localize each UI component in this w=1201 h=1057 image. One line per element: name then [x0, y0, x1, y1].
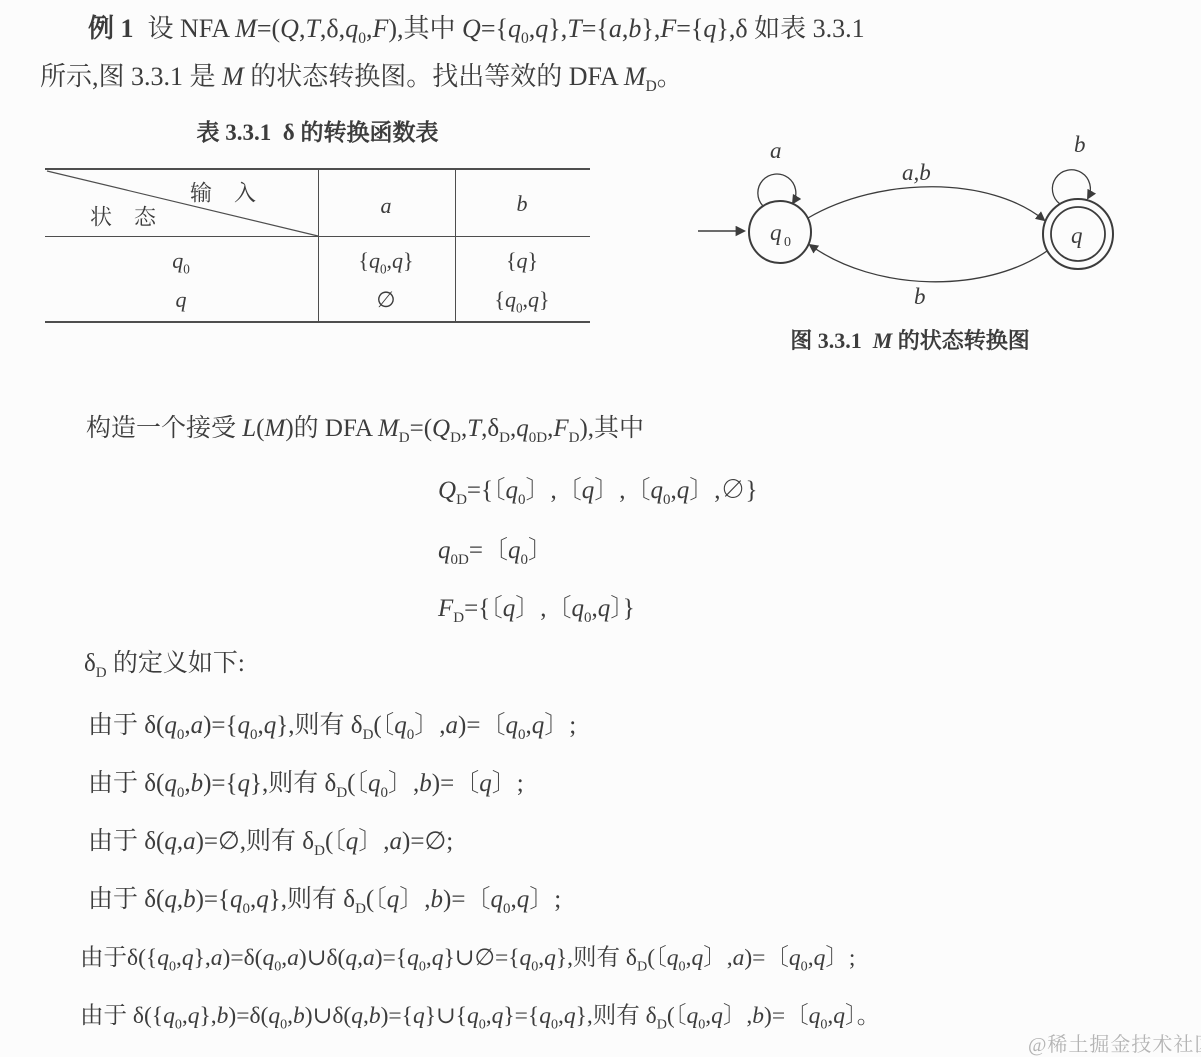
textbook-page: 例 1设 NFA M=(Q,T,δ,q0,F),其中 Q={q0,q},T={a… — [0, 0, 1201, 1057]
cell-q-b: {q0,q} — [494, 287, 549, 313]
corner-label-input: 输 入 — [190, 177, 256, 208]
table-diagonal-line — [45, 168, 320, 238]
self-loop-q-label: b — [1074, 132, 1086, 157]
derivation-line-2: 由于 δ(q0,b)={q},则有 δD(〔q0〕,b)=〔q〕; — [88, 763, 524, 799]
derivation-line-5: 由于δ({q0,q},a)=δ(q0,a)∪δ(q,a)={q0,q}∪∅={q… — [80, 938, 855, 972]
equation-q0d: q0D=〔q0〕 — [438, 530, 553, 566]
equation-fd: FD={〔q〕,〔q0,q〕} — [438, 588, 635, 624]
construct-line: 构造一个接受 L(M)的 DFA MD=(QD,T,δD,q0D,FD),其中 — [86, 408, 644, 444]
table-vertical-divider-2 — [455, 168, 456, 323]
example-intro-line-1: 例 1设 NFA M=(Q,T,δ,q0,F),其中 Q={q0,q},T={a… — [88, 8, 865, 45]
cell-q0-b: {q} — [506, 248, 538, 274]
equation-qd: QD={〔q0〕,〔q〕,〔q0,q〕,∅} — [438, 470, 758, 506]
watermark: @稀土掘金技术社区 — [1028, 1028, 1201, 1057]
edge-q0-to-q-label: a,b — [902, 160, 931, 185]
self-loop-q0-label: a — [770, 138, 782, 163]
figure-caption: 图 3.3.1 M 的状态转换图 — [690, 324, 1130, 355]
col-header-b: b — [517, 191, 528, 216]
state-q0-label: q — [770, 220, 782, 245]
example-intro-text: 设 NFA M=(Q,T,δ,q0,F),其中 Q={q0,q},T={a,b}… — [148, 14, 865, 43]
row-state-q0: q0 — [172, 248, 190, 274]
derivation-line-4: 由于 δ(q,b)={q0,q},则有 δD(〔q〕,b)=〔q0,q〕; — [88, 879, 561, 915]
cell-q-a: ∅ — [376, 287, 395, 313]
derivation-line-3: 由于 δ(q,a)=∅,则有 δD(〔q〕,a)=∅; — [88, 821, 453, 857]
edge-q0-to-q — [808, 187, 1044, 220]
derivation-line-1: 由于 δ(q0,a)={q0,q},则有 δD(〔q0〕,a)=〔q0,q〕; — [88, 705, 576, 741]
edge-q-to-q0 — [810, 245, 1047, 282]
table-title: 表 3.3.1 δ 的转换函数表 — [45, 114, 590, 147]
edge-q-to-q0-label: b — [914, 284, 926, 309]
corner-label-state: 状 态 — [90, 201, 156, 232]
delta-definition-line: δD 的定义如下: — [84, 643, 245, 679]
col-header-a: a — [381, 193, 392, 218]
state-q-label: q — [1071, 223, 1083, 248]
cell-q0-a: {q0,q} — [358, 248, 413, 274]
example-intro-line-2: 所示,图 3.3.1 是 M 的状态转换图。找出等效的 DFA MD。 — [40, 56, 683, 93]
state-diagram: q 0 q a b a,b b — [690, 132, 1180, 320]
example-label: 例 1 — [88, 14, 134, 43]
row-state-q: q — [176, 287, 187, 313]
state-q0-label-sub: 0 — [784, 235, 791, 250]
derivation-line-6: 由于 δ({q0,q},b)=δ(q0,b)∪δ(q,b)={q}∪{q0,q}… — [80, 996, 880, 1030]
transition-table: 输 入 状 态 a b q0 {q0,q} {q} q ∅ {q0,q} — [45, 168, 590, 323]
